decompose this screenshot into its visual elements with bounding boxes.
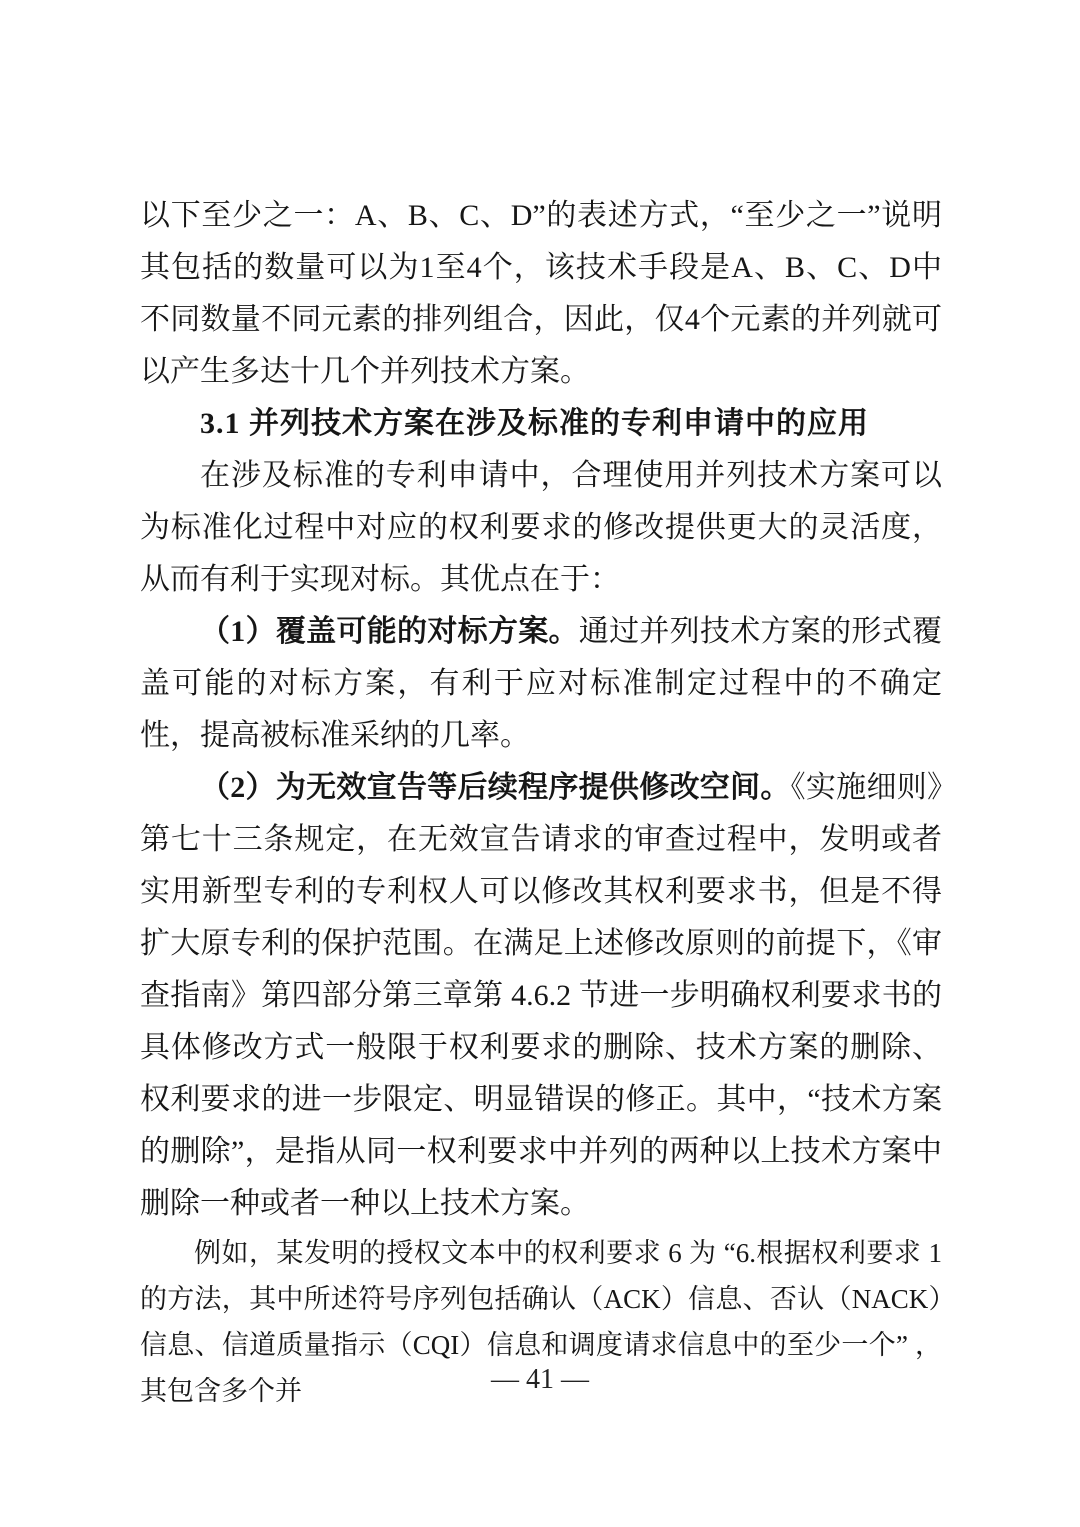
- section-heading: 3.1 并列技术方案在涉及标准的专利申请中的应用: [140, 398, 942, 450]
- paragraph-item-1: （1）覆盖可能的对标方案。通过并列技术方案的形式覆盖可能的对标方案，有利于应对标…: [140, 606, 942, 762]
- item-2-lead: （2）为无效宣告等后续程序提供修改空间。: [200, 771, 791, 804]
- item-2-body: 《实施细则》第七十三条规定，在无效宣告请求的审查过程中，发明或者实用新型专利的专…: [140, 771, 942, 1220]
- paragraph-intro: 在涉及标准的专利申请中，合理使用并列技术方案可以为标准化过程中对应的权利要求的修…: [140, 450, 942, 606]
- item-1-lead: （1）覆盖可能的对标方案。: [200, 615, 579, 648]
- document-page: 以下至少之一：A、B、C、D”的表述方式，“至少之一”说明其包括的数量可以为1至…: [0, 0, 1080, 1527]
- page-number: — 41 —: [0, 1363, 1080, 1397]
- paragraph-item-2: （2）为无效宣告等后续程序提供修改空间。《实施细则》第七十三条规定，在无效宣告请…: [140, 762, 942, 1230]
- paragraph-continuation: 以下至少之一：A、B、C、D”的表述方式，“至少之一”说明其包括的数量可以为1至…: [140, 190, 942, 398]
